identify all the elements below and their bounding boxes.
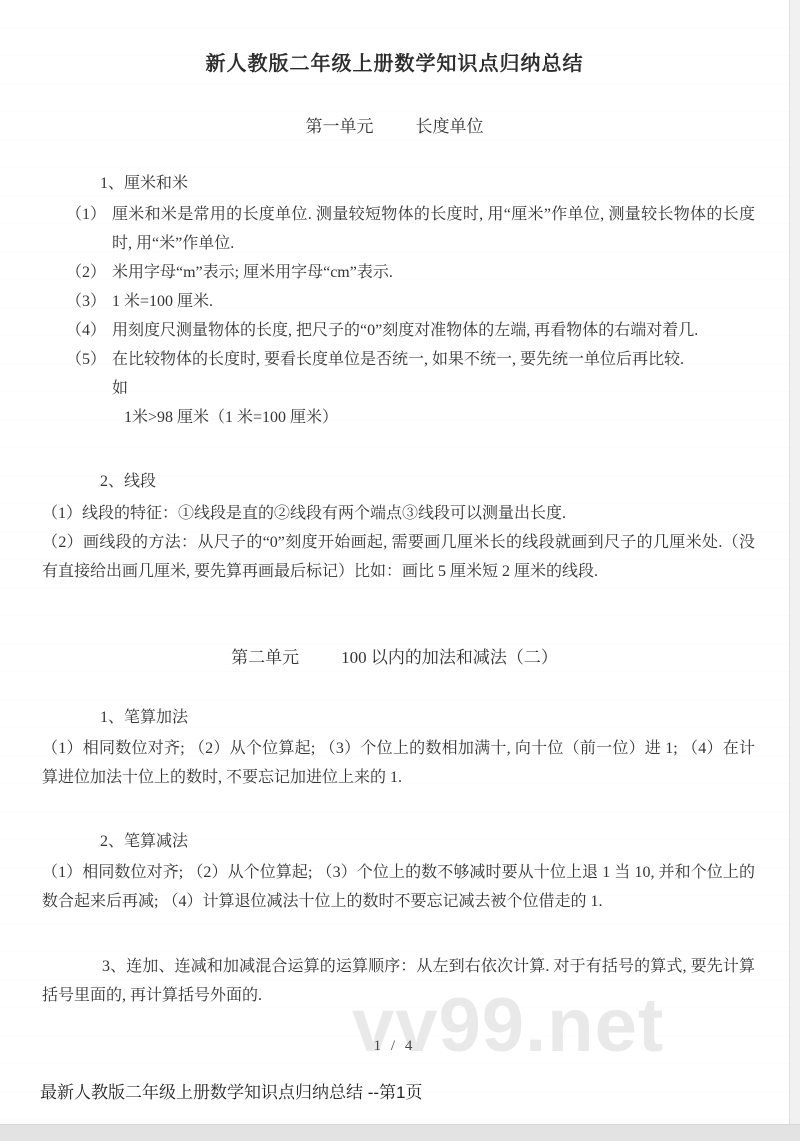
item-number: （3） [66, 287, 106, 316]
unit1-label: 第一单元 [306, 117, 374, 136]
document-title: 新人教版二年级上册数学知识点归纳总结 [0, 0, 789, 78]
page-content: 新人教版二年级上册数学知识点归纳总结 第一单元长度单位 1、厘米和米 （1） 厘… [0, 0, 789, 1010]
unit1-section1-items: （1） 厘米和米是常用的长度单位. 测量较短物体的长度时, 用“厘米”作单位, … [0, 200, 789, 374]
item-text: 米用字母“m”表示; 厘米用字母“cm”表示. [112, 264, 393, 281]
unit2-section2-title: 2、笔算减法 [100, 828, 789, 855]
document-page: vv99.net 新人教版二年级上册数学知识点归纳总结 第一单元长度单位 1、厘… [0, 0, 790, 1124]
unit1-name: 长度单位 [416, 117, 484, 136]
item-text: 1 米=100 厘米. [112, 293, 213, 310]
item-number: （1） [66, 200, 106, 229]
list-item: （3） 1 米=100 厘米. [0, 287, 789, 316]
paragraph: （1）相同数位对齐; （2）从个位算起; （3）个位上的数相加满十, 向十位（前… [42, 734, 755, 792]
list-item: （1） 厘米和米是常用的长度单位. 测量较短物体的长度时, 用“厘米”作单位, … [0, 200, 789, 258]
example-lead: 如 [112, 374, 789, 403]
example-line: 1米>98 厘米（1 米=100 厘米） [124, 403, 789, 432]
unit2-heading: 第二单元100 以内的加法和减法（二） [0, 646, 789, 670]
footer-text: 最新人教版二年级上册数学知识点归纳总结 --第1页 [40, 1078, 423, 1103]
list-item: （5） 在比较物体的长度时, 要看长度单位是否统一, 如果不统一, 要先统一单位… [0, 345, 789, 374]
item-text: 厘米和米是常用的长度单位. 测量较短物体的长度时, 用“厘米”作单位, 测量较长… [112, 206, 755, 252]
page-number: 1 / 4 [0, 1038, 789, 1055]
right-gutter [790, 0, 800, 1124]
document-viewer: vv99.net 新人教版二年级上册数学知识点归纳总结 第一单元长度单位 1、厘… [0, 0, 800, 1141]
unit2-label: 第二单元 [231, 648, 299, 667]
unit1-section1-title: 1、厘米和米 [100, 170, 789, 197]
list-item: （2） 米用字母“m”表示; 厘米用字母“cm”表示. [0, 258, 789, 287]
list-item: （4） 用刻度尺测量物体的长度, 把尺子的“0”刻度对准物体的左端, 再看物体的… [0, 316, 789, 345]
item-number: （5） [66, 345, 106, 374]
paragraph: 3、连加、连减和加减混合运算的运算顺序：从左到右依次计算. 对于有括号的算式, … [42, 952, 755, 1010]
paragraph: （1）相同数位对齐; （2）从个位算起; （3）个位上的数不够减时要从十位上退 … [42, 858, 755, 916]
item-number: （2） [66, 258, 106, 287]
unit2-name: 100 以内的加法和减法（二） [341, 648, 558, 667]
unit1-section2-title: 2、线段 [100, 468, 789, 495]
bottom-bar [0, 1124, 800, 1141]
paragraph: （1）线段的特征：①线段是直的②线段有两个端点③线段可以测量出长度. [42, 499, 755, 528]
paragraph: （2）画线段的方法：从尺子的“0”刻度开始画起, 需要画几厘米长的线段就画到尺子… [42, 528, 755, 586]
item-number: （4） [66, 316, 106, 345]
unit2-section1-title: 1、笔算加法 [100, 704, 789, 731]
item-text: 在比较物体的长度时, 要看长度单位是否统一, 如果不统一, 要先统一单位后再比较… [112, 351, 684, 368]
item-text: 用刻度尺测量物体的长度, 把尺子的“0”刻度对准物体的左端, 再看物体的右端对着… [112, 322, 698, 339]
unit1-heading: 第一单元长度单位 [0, 115, 789, 139]
